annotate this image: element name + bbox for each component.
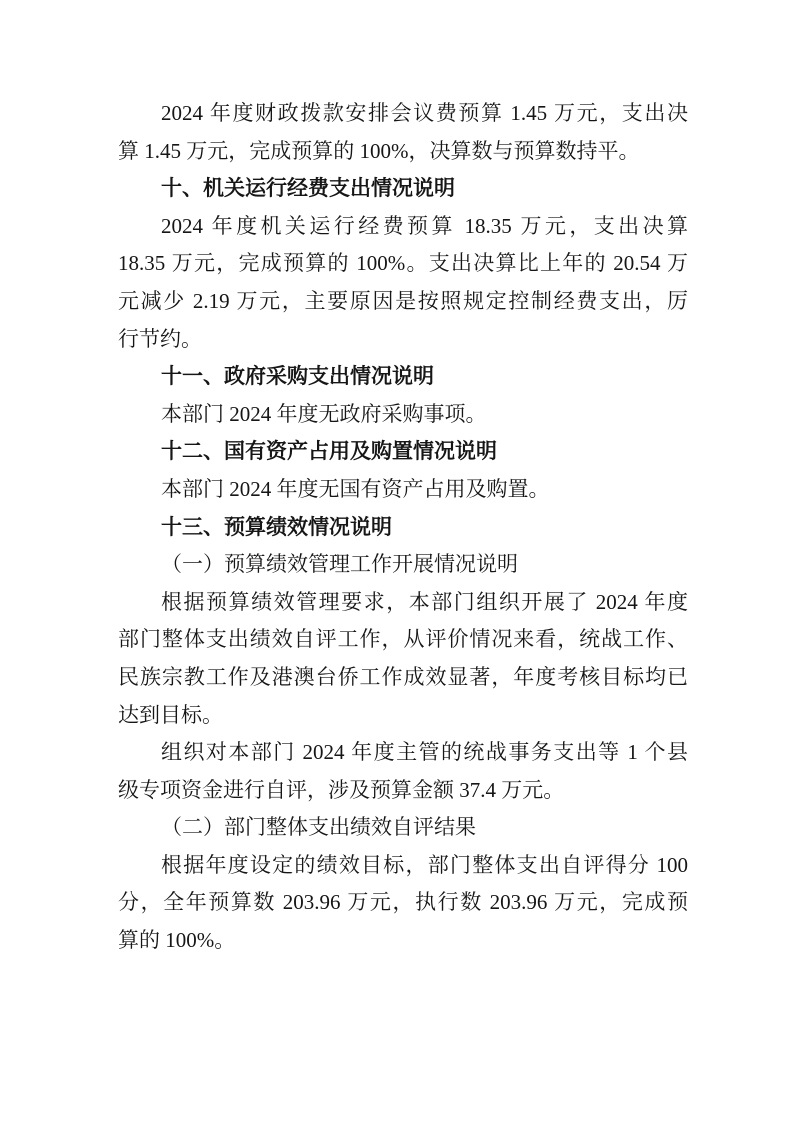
paragraph: 根据年度设定的绩效目标，部门整体支出自评得分 100分，全年预算数 203.96…	[118, 847, 688, 960]
text-line: 级专项资金进行自评，涉及预算金额 37.4 万元。	[118, 772, 688, 810]
text-line: 算 1.45 万元，完成预算的 100%，决算数与预算数持平。	[118, 133, 688, 171]
paragraph: 2024 年度财政拨款安排会议费预算 1.45 万元，支出决算 1.45 万元，…	[118, 95, 688, 170]
text-line: 算的 100%。	[118, 922, 688, 960]
text-line: 18.35 万元，完成预算的 100%。支出决算比上年的 20.54 万	[118, 245, 688, 283]
text-line: 十二、国有资产占用及购置情况说明	[118, 433, 688, 471]
text-line: 十三、预算绩效情况说明	[118, 509, 688, 547]
paragraph: 根据预算绩效管理要求，本部门组织开展了 2024 年度部门整体支出绩效自评工作，…	[118, 584, 688, 734]
paragraph: 本部门 2024 年度无政府采购事项。	[118, 396, 688, 434]
text-line: 本部门 2024 年度无政府采购事项。	[118, 396, 688, 434]
text-line: 2024 年度财政拨款安排会议费预算 1.45 万元，支出决	[118, 95, 688, 133]
text-line: 民族宗教工作及港澳台侨工作成效显著，年度考核目标均已	[118, 659, 688, 697]
text-line: 行节约。	[118, 321, 688, 359]
section-heading: 十一、政府采购支出情况说明	[118, 358, 688, 396]
text-line: 根据预算绩效管理要求，本部门组织开展了 2024 年度	[118, 584, 688, 622]
section-heading: 十、机关运行经费支出情况说明	[118, 170, 688, 208]
text-line: 十一、政府采购支出情况说明	[118, 358, 688, 396]
text-line: 本部门 2024 年度无国有资产占用及购置。	[118, 471, 688, 509]
subsection-heading: （二）部门整体支出绩效自评结果	[118, 809, 688, 847]
text-line: 2024 年度机关运行经费预算 18.35 万元，支出决算	[118, 208, 688, 246]
text-line: 达到目标。	[118, 697, 688, 735]
text-line: 分，全年预算数 203.96 万元，执行数 203.96 万元，完成预	[118, 884, 688, 922]
text-line: 部门整体支出绩效自评工作，从评价情况来看，统战工作、	[118, 621, 688, 659]
text-line: 组织对本部门 2024 年度主管的统战事务支出等 1 个县	[118, 734, 688, 772]
text-line: 十、机关运行经费支出情况说明	[118, 170, 688, 208]
paragraph: 本部门 2024 年度无国有资产占用及购置。	[118, 471, 688, 509]
document-text-block: 2024 年度财政拨款安排会议费预算 1.45 万元，支出决算 1.45 万元，…	[118, 95, 688, 960]
section-heading: 十三、预算绩效情况说明	[118, 509, 688, 547]
paragraph: 2024 年度机关运行经费预算 18.35 万元，支出决算18.35 万元，完成…	[118, 208, 688, 358]
text-line: 根据年度设定的绩效目标，部门整体支出自评得分 100	[118, 847, 688, 885]
text-line: （二）部门整体支出绩效自评结果	[118, 809, 688, 847]
section-heading: 十二、国有资产占用及购置情况说明	[118, 433, 688, 471]
text-line: （一）预算绩效管理工作开展情况说明	[118, 546, 688, 584]
document-page: 2024 年度财政拨款安排会议费预算 1.45 万元，支出决算 1.45 万元，…	[0, 0, 793, 1122]
subsection-heading: （一）预算绩效管理工作开展情况说明	[118, 546, 688, 584]
text-line: 元减少 2.19 万元，主要原因是按照规定控制经费支出，厉	[118, 283, 688, 321]
paragraph: 组织对本部门 2024 年度主管的统战事务支出等 1 个县级专项资金进行自评，涉…	[118, 734, 688, 809]
